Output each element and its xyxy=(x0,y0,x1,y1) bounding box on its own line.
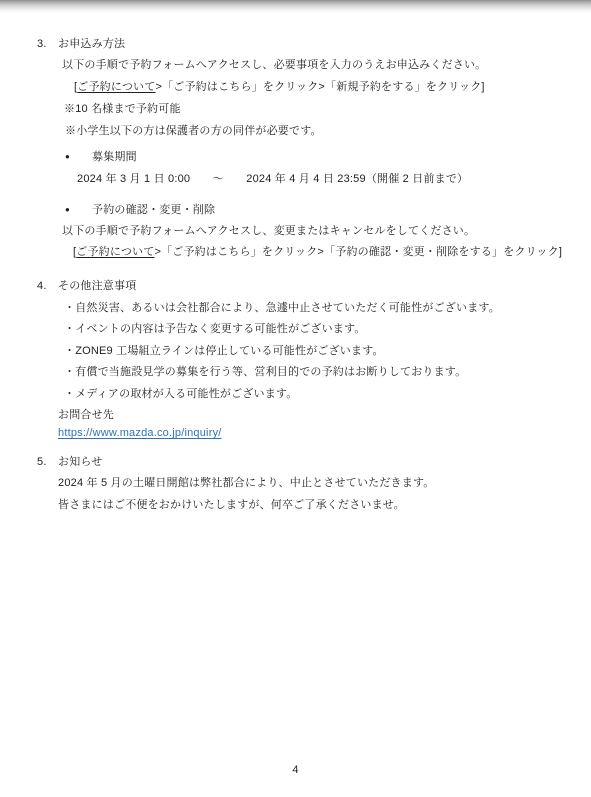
apply-note-capacity: ※10 名様まで予約可能 xyxy=(64,102,181,116)
page-number: 4 xyxy=(0,763,591,777)
contact-link-line: https://www.mazda.co.jp/inquiry/ xyxy=(58,426,222,440)
caution-item: ・ZONE9 工場組立ラインは停止している可能性がございます。 xyxy=(64,344,384,358)
section-cautions-title: その他注意事項 xyxy=(58,280,136,292)
apply-step-path: [ご予約について>「ご予約はこちら」をクリック>「新規予約をする」をクリック] xyxy=(74,80,485,94)
modify-step-rest: >「ご予約はこちら」をクリック>「予約の確認・変更・削除をする」をクリック] xyxy=(154,246,562,258)
pdf-page: 3.お申込み方法 以下の手順で予約フォームへアクセスし、必要事項を入力のうえお申… xyxy=(0,0,591,797)
apply-step-rest: >「ご予約はこちら」をクリック>「新規予約をする」をクリック] xyxy=(155,81,484,93)
section-cautions-number: 4. xyxy=(37,279,58,293)
section-news-number: 5. xyxy=(37,455,58,469)
modify-step-underlined: ご予約について xyxy=(76,246,154,258)
page-top-shadow xyxy=(0,0,591,13)
modify-label: 予約の確認・変更・削除 xyxy=(92,204,215,216)
news-body-line: 2024 年 5 月の土曜日開館は弊社都合により、中止とさせていただきます。 xyxy=(58,476,434,490)
modify-heading: ●予約の確認・変更・削除 xyxy=(65,203,215,217)
news-body-line: 皆さまにはご不便をおかけいたしますが、何卒ご了承くださいませ。 xyxy=(58,498,405,512)
section-apply-title: お申込み方法 xyxy=(58,38,125,50)
caution-item: ・メディアの取材が入る可能性がございます。 xyxy=(64,387,297,401)
modify-intro-text: 以下の手順で予約フォームへアクセスし、変更またはキャンセルをしてください。 xyxy=(62,224,475,238)
section-cautions-heading: 4.その他注意事項 xyxy=(37,279,136,293)
recruit-period-heading: ●募集期間 xyxy=(65,150,137,164)
section-apply-number: 3. xyxy=(37,37,58,51)
apply-step-underlined: ご予約について xyxy=(77,81,155,93)
section-apply-heading: 3.お申込み方法 xyxy=(37,37,125,51)
caution-item: ・イベントの内容は予告なく変更する可能性がございます。 xyxy=(64,322,366,336)
apply-note-children: ※小学生以下の方は保護者の方の同伴が必要です。 xyxy=(65,124,322,138)
inquiry-link[interactable]: https://www.mazda.co.jp/inquiry/ xyxy=(58,427,222,439)
recruit-period-label: 募集期間 xyxy=(92,151,137,163)
caution-item: ・自然災害、あるいは会社都合により、急遽中止させていただく可能性がございます。 xyxy=(64,301,500,315)
contact-label: お問合せ先 xyxy=(58,408,114,422)
apply-intro-text: 以下の手順で予約フォームへアクセスし、必要事項を入力のうえお申込みください。 xyxy=(62,58,486,72)
modify-step-path: [ご予約について>「ご予約はこちら」をクリック>「予約の確認・変更・削除をする」… xyxy=(73,245,562,259)
section-news-title: お知らせ xyxy=(58,456,102,468)
bullet-icon: ● xyxy=(65,203,92,217)
recruit-period-value: 2024 年 3 月 1 日 0:00 ～ 2024 年 4 月 4 日 23:… xyxy=(77,172,468,186)
caution-item: ・有償で当施設見学の募集を行う等、営利目的での予約はお断りしております。 xyxy=(64,365,466,379)
bullet-icon: ● xyxy=(65,150,92,164)
section-news-heading: 5.お知らせ xyxy=(37,455,102,469)
